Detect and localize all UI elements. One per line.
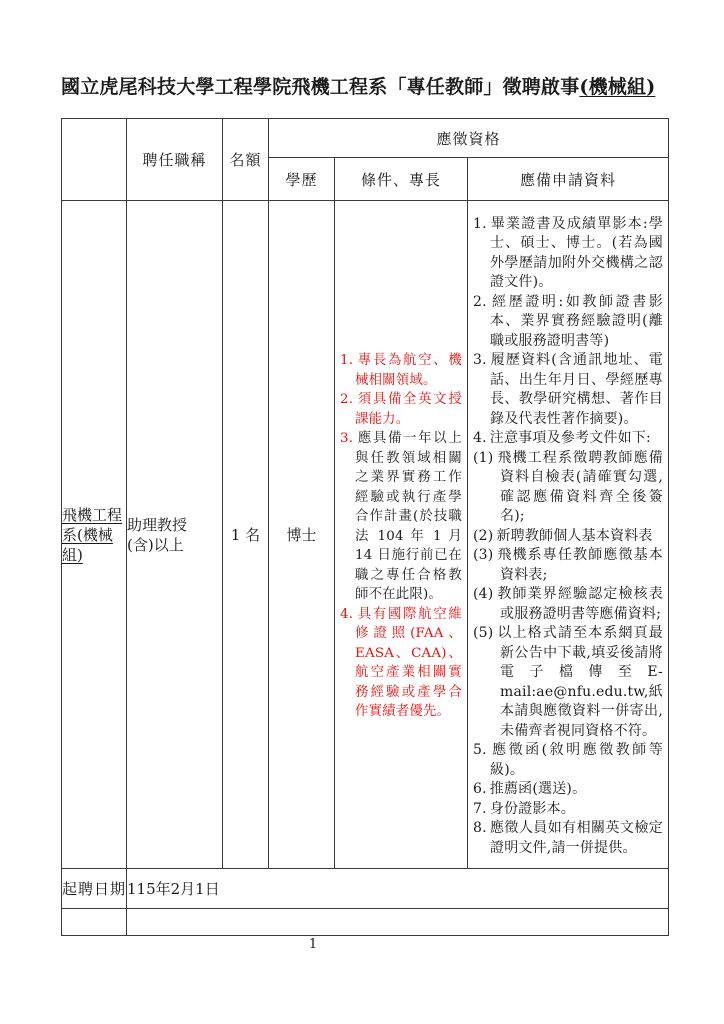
document-item: 2.經歷證明:如教師證書影本、業界實務經驗證明(離職或服務證明書等)	[473, 293, 663, 352]
document-number: 3.	[473, 352, 487, 368]
condition-text: 專長為航空、機械相關領域。	[355, 353, 462, 388]
document-text: 教師業界經驗認定檢核表或服務證明書等應備資料;	[496, 586, 663, 622]
header-education: 學歷	[269, 158, 335, 201]
condition-number: 4.	[340, 607, 353, 622]
condition-item: 4.具有國際航空維修證照(FAA、EASA、CAA)、航空產業相關實務經驗或產學…	[340, 605, 462, 722]
header-documents: 應備申請資料	[468, 158, 669, 201]
document-item: 3.履歷資料(含通訊地址、電話、出生年月日、學經歷專長、教學研究構想、著作目錄及…	[473, 351, 663, 429]
document-item: 7.身份證影本。	[473, 800, 663, 820]
document-text: 飛機系專任教師應徵基本資料表;	[496, 547, 663, 583]
education-value: 博士	[269, 201, 335, 869]
document-number: (4)	[473, 586, 493, 602]
document-item: 4.注意事項及參考文件如下:	[473, 429, 663, 449]
document-text: 以上格式請至本系網頁最新公告中下載,填妥後請將電子檔傳至E-mail:ae@nf…	[496, 625, 663, 739]
document-text: 畢業證書及成績單影本:學士、碩士、博士。(若為國外學歷請加附外交機構之認證文件)…	[490, 216, 663, 291]
condition-number: 2.	[340, 392, 353, 407]
recruitment-table: 聘任職稱 名額 應徵資格 學歷 條件、專長 應備申請資料 飛機工程 系(機械 組…	[61, 118, 669, 936]
document-item: 1.畢業證書及成績單影本:學士、碩士、博士。(若為國外學歷請加附外交機構之認證文…	[473, 215, 663, 293]
document-text: 應徵函(敘明應徵教師等級)。	[490, 742, 663, 778]
department-cell: 飛機工程 系(機械 組)	[62, 201, 127, 869]
document-text: 飛機工程系徵聘教師應備資料自檢表(請確實勾選,確認應備資料齊全後簽名);	[496, 450, 663, 525]
header-conditions: 條件、專長	[335, 158, 468, 201]
condition-item: 2.須具備全英文授課能力。	[340, 390, 462, 429]
document-number: 8.	[473, 820, 487, 836]
documents-list: 1.畢業證書及成績單影本:學士、碩士、博士。(若為國外學歷請加附外交機構之認證文…	[468, 211, 668, 859]
condition-text: 應具備一年以上與任教領域相關之業界實務工作經驗或執行產學合作計畫(於技職法 10…	[355, 431, 462, 602]
document-text: 新聘教師個人基本資料表	[496, 528, 652, 544]
document-number: (1)	[473, 450, 493, 466]
corner-cell	[62, 119, 127, 201]
document-number: 6.	[473, 781, 487, 797]
condition-number: 3.	[340, 431, 353, 446]
document-page: 國立虎尾科技大學工程學院飛機工程系「專任教師」徵聘啟事(機械組) 聘任職稱 名額…	[0, 0, 724, 1024]
document-text: 推薦函(選送)。	[490, 781, 587, 797]
document-item: (5)以上格式請至本系網頁最新公告中下載,填妥後請將電子檔傳至E-mail:ae…	[473, 624, 663, 741]
condition-item: 1.專長為航空、機械相關領域。	[340, 351, 462, 390]
header-row-1: 聘任職稱 名額 應徵資格	[62, 119, 669, 158]
page-title: 國立虎尾科技大學工程學院飛機工程系「專任教師」徵聘啟事(機械組)	[61, 72, 671, 99]
document-text: 履歷資料(含通訊地址、電話、出生年月日、學經歷專長、教學研究構想、著作目錄及代表…	[490, 352, 663, 427]
document-number: 1.	[473, 216, 487, 232]
document-item: 5.應徵函(敘明應徵教師等級)。	[473, 741, 663, 780]
empty-cell-left	[62, 909, 127, 936]
document-number: (5)	[473, 625, 493, 641]
document-number: (2)	[473, 528, 493, 544]
document-number: 7.	[473, 801, 487, 817]
header-qualifications: 應徵資格	[269, 119, 669, 158]
document-item: (3)飛機系專任教師應徵基本資料表;	[473, 546, 663, 585]
document-number: (3)	[473, 547, 493, 563]
document-item: (4)教師業界經驗認定檢核表或服務證明書等應備資料;	[473, 585, 663, 624]
documents-cell: 1.畢業證書及成績單影本:學士、碩士、博士。(若為國外學歷請加附外交機構之認證文…	[468, 201, 669, 869]
condition-item: 3.應具備一年以上與任教領域相關之業界實務工作經驗或執行產學合作計畫(於技職法 …	[340, 429, 462, 605]
position-row: 飛機工程 系(機械 組) 助理教授 (含)以上 1 名 博士 1.專長為航空、機…	[62, 201, 669, 869]
empty-cell-right	[127, 909, 669, 936]
start-date-row: 起聘日期 115年2月1日	[62, 869, 669, 909]
document-number: 2.	[473, 294, 487, 310]
condition-text: 具有國際航空維修證照(FAA、EASA、CAA)、航空產業相關實務經驗或產學合作…	[355, 607, 462, 720]
document-text: 注意事項及參考文件如下:	[490, 430, 651, 446]
title-main: 國立虎尾科技大學工程學院飛機工程系「專任教師」徵聘啟事	[61, 76, 579, 98]
document-text: 應徵人員如有相關英文檢定證明文件,請一併提供。	[490, 820, 663, 856]
page-number: 1	[303, 937, 323, 952]
start-date-value: 115年2月1日	[127, 869, 669, 909]
document-item: (2)新聘教師個人基本資料表	[473, 527, 663, 547]
document-number: 5.	[473, 742, 487, 758]
document-text: 身份證影本。	[490, 801, 575, 817]
position-value: 助理教授 (含)以上	[127, 201, 223, 869]
header-position: 聘任職稱	[127, 119, 223, 201]
department-name: 飛機工程 系(機械 組)	[62, 506, 122, 564]
document-text: 經歷證明:如教師證書影本、業界實務經驗證明(離職或服務證明書等)	[490, 294, 663, 349]
start-date-label: 起聘日期	[62, 869, 127, 909]
condition-number: 1.	[340, 353, 353, 368]
conditions-cell: 1.專長為航空、機械相關領域。 2.須具備全英文授課能力。 3.應具備一年以上與…	[335, 201, 468, 869]
condition-text: 須具備全英文授課能力。	[355, 392, 462, 427]
document-number: 4.	[473, 430, 487, 446]
document-item: (1)飛機工程系徵聘教師應備資料自檢表(請確實勾選,確認應備資料齊全後簽名);	[473, 449, 663, 527]
document-item: 8.應徵人員如有相關英文檢定證明文件,請一併提供。	[473, 819, 663, 858]
document-item: 6.推薦函(選送)。	[473, 780, 663, 800]
empty-row	[62, 909, 669, 936]
header-quota: 名額	[223, 119, 269, 201]
conditions-list: 1.專長為航空、機械相關領域。 2.須具備全英文授課能力。 3.應具備一年以上與…	[335, 347, 467, 722]
title-group-suffix: (機械組)	[579, 76, 655, 98]
quota-value: 1 名	[223, 201, 269, 869]
